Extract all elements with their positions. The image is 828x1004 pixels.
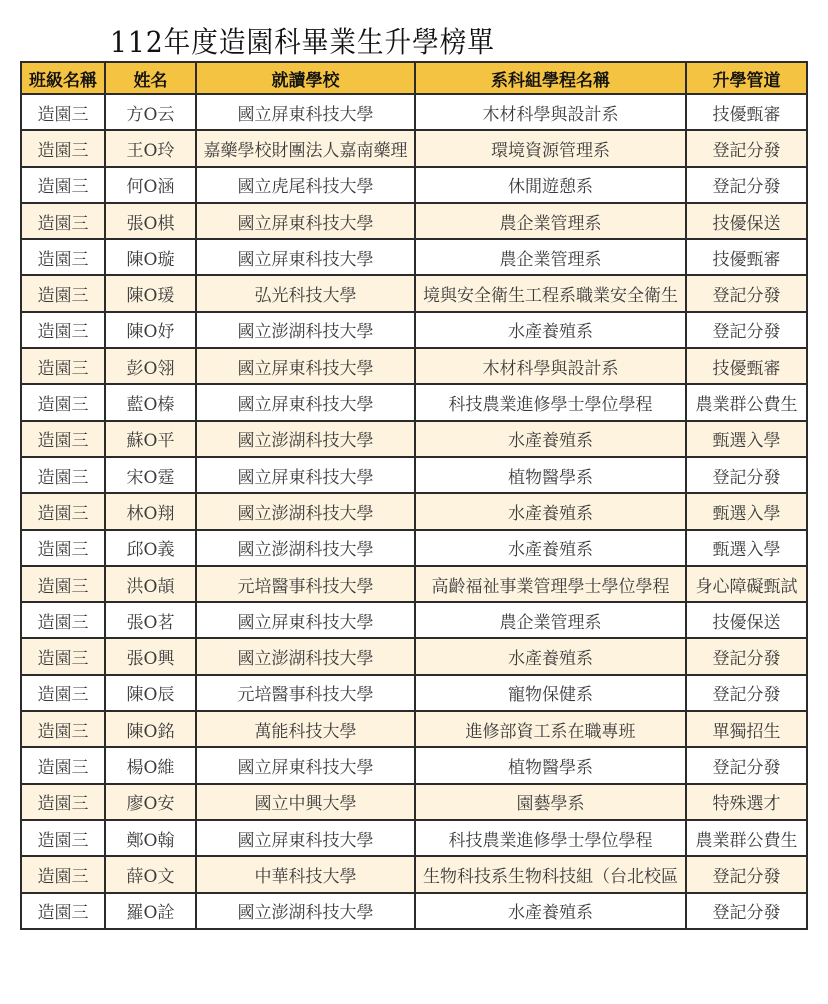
cell-school: 國立澎湖科技大學 [196, 638, 415, 674]
cell-school: 國立屏東科技大學 [196, 348, 415, 384]
cell-department: 科技農業進修學士學位學程 [415, 384, 686, 420]
cell-class: 造園三 [21, 602, 105, 638]
table-row: 造園三陳O辰元培醫事科技大學寵物保健系登記分發 [21, 675, 807, 711]
table-row: 造園三楊O維國立屏東科技大學植物醫學系登記分發 [21, 747, 807, 783]
cell-school: 國立中興大學 [196, 784, 415, 820]
table-row: 造園三彭O翎國立屏東科技大學木材科學與設計系技優甄審 [21, 348, 807, 384]
cell-name: 蘇O平 [105, 421, 196, 457]
cell-school: 國立澎湖科技大學 [196, 421, 415, 457]
cell-channel: 甄選入學 [686, 421, 807, 457]
cell-class: 造園三 [21, 312, 105, 348]
cell-school: 元培醫事科技大學 [196, 675, 415, 711]
cell-channel: 登記分發 [686, 167, 807, 203]
cell-department: 生物科技系生物科技組（台北校區 [415, 856, 686, 892]
cell-channel: 登記分發 [686, 747, 807, 783]
cell-school: 國立屏東科技大學 [196, 457, 415, 493]
table-row: 造園三陳O妤國立澎湖科技大學水產養殖系登記分發 [21, 312, 807, 348]
page-title: 112年度造園科畢業生升學榜單 [110, 20, 495, 61]
cell-school: 中華科技大學 [196, 856, 415, 892]
cell-name: 陳O瑗 [105, 275, 196, 311]
cell-school: 國立澎湖科技大學 [196, 493, 415, 529]
admission-roster-table: 班級名稱 姓名 就讀學校 系科組學程名稱 升學管道 造園三方O云國立屏東科技大學… [20, 61, 808, 930]
cell-name: 廖O安 [105, 784, 196, 820]
cell-channel: 農業群公費生 [686, 820, 807, 856]
table-row: 造園三洪O頡元培醫事科技大學高齡福祉事業管理學士學位學程身心障礙甄試 [21, 566, 807, 602]
cell-name: 陳O妤 [105, 312, 196, 348]
cell-channel: 登記分發 [686, 893, 807, 929]
cell-department: 木材科學與設計系 [415, 348, 686, 384]
cell-school: 國立澎湖科技大學 [196, 312, 415, 348]
cell-school: 國立澎湖科技大學 [196, 530, 415, 566]
table-row: 造園三陳O銘萬能科技大學進修部資工系在職專班單獨招生 [21, 711, 807, 747]
cell-channel: 農業群公費生 [686, 384, 807, 420]
cell-name: 邱O義 [105, 530, 196, 566]
table-row: 造園三何O涵國立虎尾科技大學休閒遊憩系登記分發 [21, 167, 807, 203]
cell-department: 植物醫學系 [415, 457, 686, 493]
cell-class: 造園三 [21, 493, 105, 529]
cell-class: 造園三 [21, 566, 105, 602]
cell-school: 國立澎湖科技大學 [196, 893, 415, 929]
cell-class: 造園三 [21, 530, 105, 566]
header-school: 就讀學校 [196, 62, 415, 94]
cell-department: 寵物保健系 [415, 675, 686, 711]
cell-class: 造園三 [21, 893, 105, 929]
table-row: 造園三薛O文中華科技大學生物科技系生物科技組（台北校區登記分發 [21, 856, 807, 892]
cell-department: 進修部資工系在職專班 [415, 711, 686, 747]
cell-class: 造園三 [21, 94, 105, 130]
cell-school: 國立屏東科技大學 [196, 820, 415, 856]
cell-school: 嘉藥學校財團法人嘉南藥理 [196, 130, 415, 166]
cell-department: 科技農業進修學士學位學程 [415, 820, 686, 856]
cell-class: 造園三 [21, 130, 105, 166]
cell-name: 張O興 [105, 638, 196, 674]
cell-channel: 登記分發 [686, 312, 807, 348]
cell-name: 張O棋 [105, 203, 196, 239]
cell-school: 國立屏東科技大學 [196, 747, 415, 783]
table-row: 造園三鄭O翰國立屏東科技大學科技農業進修學士學位學程農業群公費生 [21, 820, 807, 856]
cell-department: 休閒遊憩系 [415, 167, 686, 203]
cell-channel: 特殊選才 [686, 784, 807, 820]
cell-class: 造園三 [21, 275, 105, 311]
cell-department: 農企業管理系 [415, 602, 686, 638]
cell-name: 彭O翎 [105, 348, 196, 384]
cell-name: 藍O榛 [105, 384, 196, 420]
cell-class: 造園三 [21, 784, 105, 820]
table-row: 造園三張O棋國立屏東科技大學農企業管理系技優保送 [21, 203, 807, 239]
cell-channel: 技優甄審 [686, 239, 807, 275]
cell-name: 宋O霆 [105, 457, 196, 493]
cell-name: 張O茗 [105, 602, 196, 638]
cell-name: 羅O詮 [105, 893, 196, 929]
cell-channel: 甄選入學 [686, 530, 807, 566]
table-row: 造園三蘇O平國立澎湖科技大學水產養殖系甄選入學 [21, 421, 807, 457]
cell-class: 造園三 [21, 384, 105, 420]
cell-channel: 身心障礙甄試 [686, 566, 807, 602]
cell-name: 林O翔 [105, 493, 196, 529]
table-row: 造園三陳O瑗弘光科技大學境與安全衛生工程系職業安全衛生登記分發 [21, 275, 807, 311]
cell-name: 陳O璇 [105, 239, 196, 275]
cell-department: 水產養殖系 [415, 493, 686, 529]
table-row: 造園三藍O榛國立屏東科技大學科技農業進修學士學位學程農業群公費生 [21, 384, 807, 420]
cell-name: 陳O辰 [105, 675, 196, 711]
cell-channel: 登記分發 [686, 675, 807, 711]
cell-school: 國立屏東科技大學 [196, 203, 415, 239]
cell-name: 洪O頡 [105, 566, 196, 602]
cell-name: 鄭O翰 [105, 820, 196, 856]
cell-name: 薛O文 [105, 856, 196, 892]
cell-channel: 技優甄審 [686, 94, 807, 130]
cell-class: 造園三 [21, 421, 105, 457]
cell-channel: 登記分發 [686, 638, 807, 674]
cell-department: 水產養殖系 [415, 312, 686, 348]
cell-school: 國立屏東科技大學 [196, 94, 415, 130]
cell-channel: 甄選入學 [686, 493, 807, 529]
table-row: 造園三張O茗國立屏東科技大學農企業管理系技優保送 [21, 602, 807, 638]
cell-school: 弘光科技大學 [196, 275, 415, 311]
header-channel: 升學管道 [686, 62, 807, 94]
cell-school: 元培醫事科技大學 [196, 566, 415, 602]
cell-channel: 登記分發 [686, 130, 807, 166]
cell-department: 農企業管理系 [415, 203, 686, 239]
table-row: 造園三王O玲嘉藥學校財團法人嘉南藥理環境資源管理系登記分發 [21, 130, 807, 166]
cell-department: 水產養殖系 [415, 893, 686, 929]
cell-name: 陳O銘 [105, 711, 196, 747]
cell-class: 造園三 [21, 457, 105, 493]
header-name: 姓名 [105, 62, 196, 94]
cell-class: 造園三 [21, 747, 105, 783]
header-class: 班級名稱 [21, 62, 105, 94]
cell-name: 方O云 [105, 94, 196, 130]
cell-channel: 登記分發 [686, 856, 807, 892]
cell-department: 園藝學系 [415, 784, 686, 820]
cell-channel: 技優保送 [686, 203, 807, 239]
cell-channel: 登記分發 [686, 457, 807, 493]
cell-department: 植物醫學系 [415, 747, 686, 783]
cell-channel: 單獨招生 [686, 711, 807, 747]
cell-class: 造園三 [21, 711, 105, 747]
table-row: 造園三宋O霆國立屏東科技大學植物醫學系登記分發 [21, 457, 807, 493]
cell-class: 造園三 [21, 638, 105, 674]
table-row: 造園三林O翔國立澎湖科技大學水產養殖系甄選入學 [21, 493, 807, 529]
cell-channel: 技優保送 [686, 602, 807, 638]
cell-school: 國立屏東科技大學 [196, 239, 415, 275]
cell-school: 萬能科技大學 [196, 711, 415, 747]
table-row: 造園三張O興國立澎湖科技大學水產養殖系登記分發 [21, 638, 807, 674]
cell-name: 王O玲 [105, 130, 196, 166]
cell-department: 水產養殖系 [415, 421, 686, 457]
table-row: 造園三羅O詮國立澎湖科技大學水產養殖系登記分發 [21, 893, 807, 929]
cell-class: 造園三 [21, 167, 105, 203]
header-department: 系科組學程名稱 [415, 62, 686, 94]
table-row: 造園三方O云國立屏東科技大學木材科學與設計系技優甄審 [21, 94, 807, 130]
cell-school: 國立屏東科技大學 [196, 602, 415, 638]
cell-class: 造園三 [21, 856, 105, 892]
cell-name: 何O涵 [105, 167, 196, 203]
table-row: 造園三邱O義國立澎湖科技大學水產養殖系甄選入學 [21, 530, 807, 566]
cell-school: 國立屏東科技大學 [196, 384, 415, 420]
cell-department: 高齡福祉事業管理學士學位學程 [415, 566, 686, 602]
cell-department: 農企業管理系 [415, 239, 686, 275]
cell-class: 造園三 [21, 820, 105, 856]
cell-department: 木材科學與設計系 [415, 94, 686, 130]
cell-name: 楊O維 [105, 747, 196, 783]
cell-channel: 登記分發 [686, 275, 807, 311]
cell-class: 造園三 [21, 203, 105, 239]
cell-department: 水產養殖系 [415, 530, 686, 566]
cell-department: 境與安全衛生工程系職業安全衛生 [415, 275, 686, 311]
cell-class: 造園三 [21, 239, 105, 275]
table-header-row: 班級名稱 姓名 就讀學校 系科組學程名稱 升學管道 [21, 62, 807, 94]
table-row: 造園三陳O璇國立屏東科技大學農企業管理系技優甄審 [21, 239, 807, 275]
cell-school: 國立虎尾科技大學 [196, 167, 415, 203]
cell-department: 水產養殖系 [415, 638, 686, 674]
cell-class: 造園三 [21, 348, 105, 384]
cell-channel: 技優甄審 [686, 348, 807, 384]
table-row: 造園三廖O安國立中興大學園藝學系特殊選才 [21, 784, 807, 820]
cell-department: 環境資源管理系 [415, 130, 686, 166]
cell-class: 造園三 [21, 675, 105, 711]
